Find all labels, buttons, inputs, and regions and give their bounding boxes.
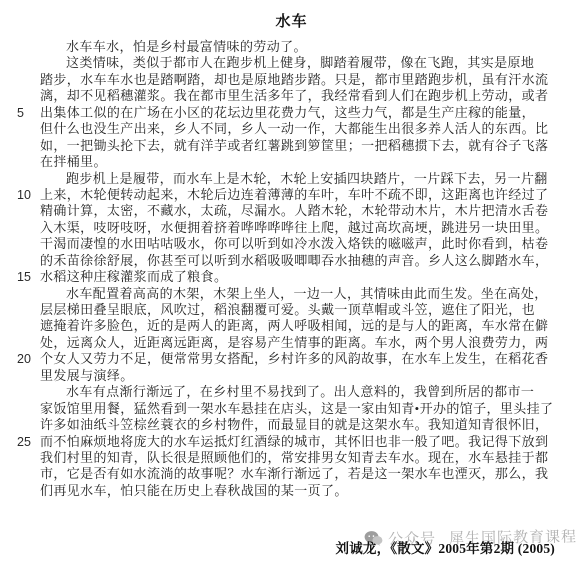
line-number: 10: [0, 187, 40, 203]
text-line: 入木渠，吱呀吱呀，水便拥着挤着哗哗哗哗往上爬，越过高坎高埂，跳进另一块田里。: [0, 220, 561, 236]
line-text: 而不怕麻烦地将庞大的水车运抵灯红酒绿的城市，其怀旧也非一般了吧。我记得下放到: [40, 434, 561, 450]
line-text: 上来，木轮便转动起来，木轮后边连着薄薄的车叶，车叶不疏不即，这距离也许经过了: [40, 187, 561, 203]
line-text: 家饭馆里用餐，猛然看到一架水车悬挂在店头，这是一家由知青•开办的馆子，里头挂了: [40, 401, 561, 417]
line-number: 25: [0, 434, 40, 450]
text-line: 水车车水，怕是乡村最富情味的劳动了。: [0, 39, 561, 55]
line-text: 的禾苗徐徐舒展，你甚至可以听到水稻吸吸唧唧吞水抽穗的声音。乡人这么脚踏水车，: [40, 253, 561, 269]
text-line: 如，一把锄头抡下去，就有洋芋或者红薯跳到箩筐里；一把稻穗掼下去，就有谷子飞落: [0, 138, 561, 154]
text-line: 水车有点渐行渐远了，在乡村里不易找到了。出人意料的，我曾到所居的都市一: [0, 384, 561, 400]
text-line: 10 上来，木轮便转动起来，木轮后边连着薄薄的车叶，车叶不疏不即，这距离也许经过…: [0, 187, 561, 203]
line-text: 市，它是否有如水流淌的故事呢？水车渐行渐远了，若是这一架水车也湮灭，那么，我: [40, 466, 561, 482]
line-number: 20: [0, 351, 40, 367]
text-line: 里发展与演绎。: [0, 368, 561, 384]
line-text: 里发展与演绎。: [40, 368, 561, 384]
line-text: 们再见水车，怕只能在历史上春秋战国的某一页了。: [40, 483, 561, 499]
text-line: 踏步，水车车水也是踏啊踏，却也是原地踏步踏。只是，都市里踏跑步机，虽有汗水流: [0, 72, 561, 88]
text-line: 水车配置着高高的木架，木架上坐人，一边一人，其情味由此而生发。坐在高处，: [0, 286, 561, 302]
text-line: 漓，却不见稻穗灌浆。我在都市里生活多年了，我经常看到人们在跑步机上劳动，或者: [0, 88, 561, 104]
text-line: 的禾苗徐徐舒展，你甚至可以听到水稻吸吸唧唧吞水抽穗的声音。乡人这么脚踏水车，: [0, 253, 561, 269]
line-number: 15: [0, 269, 40, 285]
line-text: 跑步机上是履带，而水车上是木轮，木轮上安插四块踏片，一片踩下去，另一片翻: [40, 171, 561, 187]
line-text: 出集体工似的在广场在小区的花坛边里花费力气，这些力气，都是生产庄稼的能量，: [40, 105, 561, 121]
text-line: 15 水稻这种庄稼灌浆而成了粮食。: [0, 269, 561, 285]
text-line: 层层梯田叠呈眼底，风吹过，稻浪翻覆可爱。头戴一顶草帽或斗笠，遮住了阳光，也: [0, 302, 561, 318]
text-line: 跑步机上是履带，而水车上是木轮，木轮上安插四块踏片，一片踩下去，另一片翻: [0, 171, 561, 187]
text-line: 许多如油纸斗笠棕丝蓑衣的乡村物件，而最显目的就是这架水车。我知道知青很怀旧，: [0, 417, 561, 433]
text-line: 在拌桶里。: [0, 154, 561, 170]
body-lines: 水车车水，怕是乡村最富情味的劳动了。 这类情味，类似于都市人在跑步机上健身，脚踏…: [0, 39, 561, 499]
attribution: 刘诚龙，《散文》2005年第2期 (2005): [336, 537, 555, 557]
line-text: 层层梯田叠呈眼底，风吹过，稻浪翻覆可爱。头戴一顶草帽或斗笠，遮住了阳光，也: [40, 302, 561, 318]
text-line: 遮掩着许多脸色，近的是两人的距离，两人呼吸相闻，远的是与人的距离，车水常在僻: [0, 318, 561, 334]
text-line: 家饭馆里用餐，猛然看到一架水车悬挂在店头，这是一家由知青•开办的馆子，里头挂了: [0, 401, 561, 417]
text-line: 市，它是否有如水流淌的故事呢？水车渐行渐远了，若是这一架水车也湮灭，那么，我: [0, 466, 561, 482]
line-text: 水车车水，怕是乡村最富情味的劳动了。: [40, 39, 561, 55]
text-line: 干渴而凄惶的水田咕咕吸水，你可以听到如冷水泼入烙铁的嗞嗞声，此时你看到，枯卷: [0, 236, 561, 252]
text-line: 我们村里的知青，队长很是照顾他们的，常安排男女知青去车水。现在，水车悬挂于都: [0, 450, 561, 466]
text-line: 们再见水车，怕只能在历史上春秋战国的某一页了。: [0, 483, 561, 499]
line-number: 5: [0, 105, 40, 121]
text-line: 5 出集体工似的在广场在小区的花坛边里花费力气，这些力气，都是生产庄稼的能量，: [0, 105, 561, 121]
text-line: 这类情味，类似于都市人在跑步机上健身，脚踏着履带，像在飞跑，其实是原地: [0, 55, 561, 71]
line-text: 漓，却不见稻穗灌浆。我在都市里生活多年了，我经常看到人们在跑步机上劳动，或者: [40, 88, 561, 104]
text-line: 精确计算，太密，不藏水，太疏，尽漏水。人踏木轮，木轮带动木片，木片把清水舌卷: [0, 203, 561, 219]
text-line: 处，远离众人，近距离远距离，是容易产生情事的距离。车水，两个男人浪费劳力，两: [0, 335, 561, 351]
line-text: 遮掩着许多脸色，近的是两人的距离，两人呼吸相闻，远的是与人的距离，车水常在僻: [40, 318, 561, 334]
line-text: 踏步，水车车水也是踏啊踏，却也是原地踏步踏。只是，都市里踏跑步机，虽有汗水流: [40, 72, 561, 88]
line-text: 这类情味，类似于都市人在跑步机上健身，脚踏着履带，像在飞跑，其实是原地: [40, 55, 561, 71]
document-page: 水车 水车车水，怕是乡村最富情味的劳动了。 这类情味，类似于都市人在跑步机上健身…: [0, 0, 583, 564]
line-text: 处，远离众人，近距离远距离，是容易产生情事的距离。车水，两个男人浪费劳力，两: [40, 335, 561, 351]
line-text: 我们村里的知青，队长很是照顾他们的，常安排男女知青去车水。现在，水车悬挂于都: [40, 450, 561, 466]
text-line: 20 个女人又劳力不足，便常常男女搭配，乡村许多的风韵故事，在水车上发生，在稻花…: [0, 351, 561, 367]
line-text: 水稻这种庄稼灌浆而成了粮食。: [40, 269, 561, 285]
text-line: 但什么也没生产出来，乡人不同，乡人一动一作，大都能生出很多养人活人的东西。比: [0, 121, 561, 137]
line-text: 精确计算，太密，不藏水，太疏，尽漏水。人踏木轮，木轮带动木片，木片把清水舌卷: [40, 203, 561, 219]
line-text: 水车有点渐行渐远了，在乡村里不易找到了。出人意料的，我曾到所居的都市一: [40, 384, 561, 400]
text-line: 25 而不怕麻烦地将庞大的水车运抵灯红酒绿的城市，其怀旧也非一般了吧。我记得下放…: [0, 434, 561, 450]
line-text: 但什么也没生产出来，乡人不同，乡人一动一作，大都能生出很多养人活人的东西。比: [40, 121, 561, 137]
line-text: 个女人又劳力不足，便常常男女搭配，乡村许多的风韵故事，在水车上发生，在稻花香: [40, 351, 561, 367]
line-text: 在拌桶里。: [40, 154, 561, 170]
document-title: 水车: [0, 10, 583, 31]
line-text: 水车配置着高高的木架，木架上坐人，一边一人，其情味由此而生发。坐在高处，: [40, 286, 561, 302]
line-text: 干渴而凄惶的水田咕咕吸水，你可以听到如冷水泼入烙铁的嗞嗞声，此时你看到，枯卷: [40, 236, 561, 252]
line-text: 如，一把锄头抡下去，就有洋芋或者红薯跳到箩筐里；一把稻穗掼下去，就有谷子飞落: [40, 138, 561, 154]
line-text: 许多如油纸斗笠棕丝蓑衣的乡村物件，而最显目的就是这架水车。我知道知青很怀旧，: [40, 417, 561, 433]
line-text: 入木渠，吱呀吱呀，水便拥着挤着哗哗哗哗往上爬，越过高坎高埂，跳进另一块田里。: [40, 220, 561, 236]
